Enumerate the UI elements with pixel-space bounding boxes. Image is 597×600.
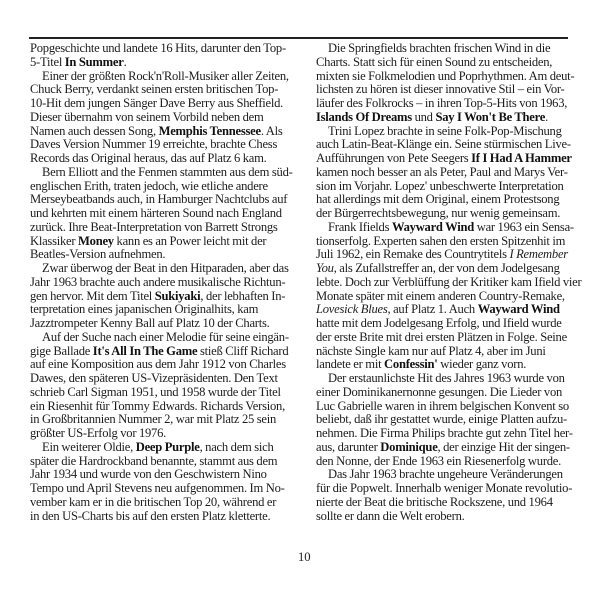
text-run: Tempo und April Stevens neu aufgenommen.… bbox=[30, 481, 285, 495]
text-run: in den US-Charts bis auf den ersten Plat… bbox=[30, 509, 270, 523]
text-line: ein Riesenhit für Tommy Edwards. Richard… bbox=[30, 400, 302, 414]
text-run: nehmen. Die Firma Philips brachte gut ze… bbox=[316, 426, 573, 440]
text-line: lichsten zu hören ist dieser innovative … bbox=[316, 83, 588, 97]
text-line: kamen noch besser an als Peter, Paul and… bbox=[316, 166, 588, 180]
text-run: Ein weiterer Oldie, bbox=[42, 440, 136, 454]
text-run: auf eine Komposition aus dem Jahr 1912 v… bbox=[30, 357, 286, 371]
text-run: aus, darunter bbox=[316, 440, 380, 454]
text-run: kamen noch besser an als Peter, Paul and… bbox=[316, 165, 568, 179]
text-run: kann es an Power leicht mit der bbox=[114, 234, 267, 248]
song-title: If I Had A Hammer bbox=[471, 151, 572, 165]
text-run: Juli 1962, ein Remake des Countrytitels bbox=[316, 247, 509, 261]
text-run: vember kam er in die britischen Top 20, … bbox=[30, 495, 276, 509]
text-line: tionserfolg. Experten sahen den ersten S… bbox=[316, 235, 588, 249]
text-run: läufer des Folkrocks – in ihren Top-5-Hi… bbox=[316, 96, 567, 110]
text-line: Merseybeatbands auch, in Hamburger Nacht… bbox=[30, 193, 302, 207]
italic-title: I Remember bbox=[509, 247, 568, 261]
text-run: zurück. Ihre Beat-Interpretation von Bar… bbox=[30, 220, 278, 234]
italic-title: Lovesick Blues bbox=[316, 302, 388, 316]
text-line: sollte er dann die Welt erobern. bbox=[316, 510, 588, 524]
text-line: schrieb Carl Sigman 1951, und 1958 wurde… bbox=[30, 386, 302, 400]
text-run: in Großbritannien Nummer 2, war mit Plat… bbox=[30, 412, 276, 426]
italic-title: You bbox=[316, 261, 334, 275]
text-line: gen hervor. Mit dem Titel Sukiyaki, der … bbox=[30, 290, 302, 304]
text-line: und kehrten mit einem härteren Sound nac… bbox=[30, 207, 302, 221]
text-line: Islands Of Dreams und Say I Won't Be The… bbox=[316, 111, 588, 125]
song-title: Sukiyaki bbox=[155, 289, 201, 303]
text-run: Frank Ifields bbox=[328, 220, 392, 234]
text-run: Records das Original heraus, das auf Pla… bbox=[30, 151, 267, 165]
text-run: wieder ganz vorn. bbox=[438, 357, 527, 371]
text-line: zurück. Ihre Beat-Interpretation von Bar… bbox=[30, 221, 302, 235]
text-line: Dieser übernahm von seinem Vorbild neben… bbox=[30, 111, 302, 125]
text-line: Dawes, den späteren US-Vizepräsidenten. … bbox=[30, 372, 302, 386]
text-run: sion im Vorjahr. Lopez' unbeschwerte Int… bbox=[316, 179, 564, 193]
text-line: auch Latin-Beat-Klänge ein. Seine stürmi… bbox=[316, 138, 588, 152]
song-title: Islands Of Dreams bbox=[316, 110, 412, 124]
text-run: , als Zufallstreffer an, der von dem Jod… bbox=[334, 261, 560, 275]
text-run: Klassiker bbox=[30, 234, 78, 248]
text-line: in Großbritannien Nummer 2, war mit Plat… bbox=[30, 413, 302, 427]
text-run: ein Riesenhit für Tommy Edwards. Richard… bbox=[30, 399, 285, 413]
text-run: mixten sie Folkmelodien und Poprhythmen.… bbox=[316, 69, 574, 83]
text-run: Aufführungen von Pete Seegers bbox=[316, 151, 471, 165]
text-line: Monate später mit einem anderen Country-… bbox=[316, 290, 588, 304]
right-text-column: Die Springfields brachten frischen Wind … bbox=[316, 42, 588, 523]
text-line: Die Springfields brachten frischen Wind … bbox=[316, 42, 588, 56]
text-line: beliebt, daß ihr gestattet wurde, einige… bbox=[316, 413, 588, 427]
text-line: Der erstaunlichste Hit des Jahres 1963 w… bbox=[316, 372, 588, 386]
text-line: Daves Version Nummer 19 erreichte, brach… bbox=[30, 138, 302, 152]
text-line: nierte der Beat die britische Rockszene,… bbox=[316, 496, 588, 510]
text-run: , der einzige Hit der singen- bbox=[438, 440, 570, 454]
text-run: Einer der größten Rock'n'Roll-Musiker al… bbox=[42, 69, 289, 83]
text-line: den Nonne, der Ende 1963 ein Riesenerfol… bbox=[316, 455, 588, 469]
text-run: gige Ballade bbox=[30, 344, 93, 358]
text-line: Popgeschichte und landete 16 Hits, darun… bbox=[30, 42, 302, 56]
text-line: Auf der Suche nach einer Melodie für sei… bbox=[30, 331, 302, 345]
text-run: schrieb Carl Sigman 1951, und 1958 wurde… bbox=[30, 385, 281, 399]
text-line: in den US-Charts bis auf den ersten Plat… bbox=[30, 510, 302, 524]
text-run: einer Dominikanernonne gesungen. Die Lie… bbox=[316, 385, 562, 399]
text-run: Beatles-Version aufnehmen. bbox=[30, 247, 165, 261]
song-title: Say I Won't Be There bbox=[435, 110, 545, 124]
song-title: Money bbox=[78, 234, 114, 248]
text-run: Dawes, den späteren US-Vizepräsidenten. … bbox=[30, 371, 278, 385]
text-run: , nach dem sich bbox=[200, 440, 274, 454]
text-run: Zwar überwog der Beat in den Hitparaden,… bbox=[42, 261, 289, 275]
text-run: sollte er dann die Welt erobern. bbox=[316, 509, 465, 523]
song-title: Dominique bbox=[380, 440, 437, 454]
text-line: 5-Titel In Summer. bbox=[30, 56, 302, 70]
text-line: Charts. Statt sich für einen Sound zu en… bbox=[316, 56, 588, 70]
text-run: hat allerdings mit dem Original, einem P… bbox=[316, 192, 559, 206]
text-run: nierte der Beat die britische Rockszene,… bbox=[316, 495, 553, 509]
song-title: Memphis Tennessee bbox=[159, 124, 261, 138]
header-rule bbox=[29, 37, 568, 39]
text-run: , auf Platz 1. Auch bbox=[388, 302, 478, 316]
text-run: Popgeschichte und landete 16 Hits, darun… bbox=[30, 41, 286, 55]
text-run: später die Hardrockband benannte, stammt… bbox=[30, 454, 277, 468]
text-line: auf eine Komposition aus dem Jahr 1912 v… bbox=[30, 358, 302, 372]
text-run: größter US-Erfolg vor 1976. bbox=[30, 426, 166, 440]
text-run: den Nonne, der Ende 1963 ein Riesenerfol… bbox=[316, 454, 561, 468]
text-run: Charts. Statt sich für einen Sound zu en… bbox=[316, 55, 552, 69]
text-run: Jahr 1963 brachte auch andere musikalisc… bbox=[30, 275, 285, 289]
text-run: Bern Elliott and the Fenmen stammten aus… bbox=[42, 165, 293, 179]
text-line: gige Ballade It's All In The Game stieß … bbox=[30, 345, 302, 359]
text-line: Trini Lopez brachte in seine Folk-Pop-Mi… bbox=[316, 125, 588, 139]
text-line: einer Dominikanernonne gesungen. Die Lie… bbox=[316, 386, 588, 400]
text-run: der Bürgerrechtsbewegung, nur wenig geme… bbox=[316, 206, 560, 220]
text-run: Monate später mit einem anderen Country-… bbox=[316, 289, 565, 303]
text-run: Die Springfields brachten frischen Wind … bbox=[328, 41, 550, 55]
text-line: Ein weiterer Oldie, Deep Purple, nach de… bbox=[30, 441, 302, 455]
text-run: lichsten zu hören ist dieser innovative … bbox=[316, 82, 565, 96]
text-run: Jazztrompeter Kenny Ball auf Platz 10 de… bbox=[30, 316, 270, 330]
text-line: Beatles-Version aufnehmen. bbox=[30, 248, 302, 262]
text-line: der Bürgerrechtsbewegung, nur wenig geme… bbox=[316, 207, 588, 221]
text-run: Luc Gabrielle waren in ihrem belgischen … bbox=[316, 399, 569, 413]
text-line: 10-Hit dem jungen Sänger Dave Berry aus … bbox=[30, 97, 302, 111]
text-line: Chuck Berry, verdankt seinen ersten brit… bbox=[30, 83, 302, 97]
text-run: Namen auch dessen Song, bbox=[30, 124, 159, 138]
text-line: Klassiker Money kann es an Power leicht … bbox=[30, 235, 302, 249]
text-run: terpretation eines japanischen Originalh… bbox=[30, 302, 258, 316]
text-line: Records das Original heraus, das auf Pla… bbox=[30, 152, 302, 166]
text-line: sion im Vorjahr. Lopez' unbeschwerte Int… bbox=[316, 180, 588, 194]
text-run: landete er mit bbox=[316, 357, 384, 371]
text-run: Das Jahr 1963 brachte ungeheure Veränder… bbox=[328, 467, 563, 481]
text-run: Auf der Suche nach einer Melodie für sei… bbox=[42, 330, 289, 344]
text-line: Luc Gabrielle waren in ihrem belgischen … bbox=[316, 400, 588, 414]
text-run: tionserfolg. Experten sahen den ersten S… bbox=[316, 234, 565, 248]
text-line: Zwar überwog der Beat in den Hitparaden,… bbox=[30, 262, 302, 276]
text-run: nächste Single kam nur auf Platz 4, aber… bbox=[316, 344, 546, 358]
text-line: Das Jahr 1963 brachte ungeheure Veränder… bbox=[316, 468, 588, 482]
text-run: und bbox=[412, 110, 436, 124]
text-line: You, als Zufallstreffer an, der von dem … bbox=[316, 262, 588, 276]
text-line: lebte. Doch zur Verblüffung der Kritiker… bbox=[316, 276, 588, 290]
text-run: . bbox=[124, 55, 127, 69]
text-line: Bern Elliott and the Fenmen stammten aus… bbox=[30, 166, 302, 180]
text-line: Juli 1962, ein Remake des Countrytitels … bbox=[316, 248, 588, 262]
text-line: englischen Erith, traten jedoch, wie etl… bbox=[30, 180, 302, 194]
text-run: Daves Version Nummer 19 erreichte, brach… bbox=[30, 137, 277, 151]
text-line: Einer der größten Rock'n'Roll-Musiker al… bbox=[30, 70, 302, 84]
text-run: , der lebhaften In- bbox=[200, 289, 285, 303]
text-line: für die Popwelt. Innerhalb weniger Monat… bbox=[316, 482, 588, 496]
text-run: Jahr 1934 und wurde von den Geschwistern… bbox=[30, 467, 267, 481]
text-run: Trini Lopez brachte in seine Folk-Pop-Mi… bbox=[328, 124, 562, 138]
left-text-column: Popgeschichte und landete 16 Hits, darun… bbox=[30, 42, 302, 523]
text-run: Merseybeatbands auch, in Hamburger Nacht… bbox=[30, 192, 287, 206]
text-line: mixten sie Folkmelodien und Poprhythmen.… bbox=[316, 70, 588, 84]
text-run: gen hervor. Mit dem Titel bbox=[30, 289, 155, 303]
text-line: hat allerdings mit dem Original, einem P… bbox=[316, 193, 588, 207]
text-run: und kehrten mit einem härteren Sound nac… bbox=[30, 206, 282, 220]
text-run: lebte. Doch zur Verblüffung der Kritiker… bbox=[316, 275, 581, 289]
text-line: Jahr 1934 und wurde von den Geschwistern… bbox=[30, 468, 302, 482]
text-run: hatte mit dem Jodelgesang Erfolg, und If… bbox=[316, 316, 562, 330]
song-title: Wayward Wind bbox=[392, 220, 474, 234]
text-run: beliebt, daß ihr gestattet wurde, einige… bbox=[316, 412, 567, 426]
text-line: hatte mit dem Jodelgesang Erfolg, und If… bbox=[316, 317, 588, 331]
text-line: größter US-Erfolg vor 1976. bbox=[30, 427, 302, 441]
text-run: englischen Erith, traten jedoch, wie etl… bbox=[30, 179, 268, 193]
text-run: Der erstaunlichste Hit des Jahres 1963 w… bbox=[328, 371, 565, 385]
text-line: terpretation eines japanischen Originalh… bbox=[30, 303, 302, 317]
text-line: landete er mit Confessin' wieder ganz vo… bbox=[316, 358, 588, 372]
text-line: vember kam er in die britischen Top 20, … bbox=[30, 496, 302, 510]
text-run: war 1963 ein Sensa- bbox=[474, 220, 574, 234]
text-line: Jazztrompeter Kenny Ball auf Platz 10 de… bbox=[30, 317, 302, 331]
text-line: Namen auch dessen Song, Memphis Tennesse… bbox=[30, 125, 302, 139]
text-run: Dieser übernahm von seinem Vorbild neben… bbox=[30, 110, 264, 124]
song-title: Deep Purple bbox=[136, 440, 200, 454]
page-number: 10 bbox=[298, 550, 311, 565]
text-line: Jahr 1963 brachte auch andere musikalisc… bbox=[30, 276, 302, 290]
text-run: der erste Brite mit drei ersten Plätzen … bbox=[316, 330, 567, 344]
text-run: Chuck Berry, verdankt seinen ersten brit… bbox=[30, 82, 278, 96]
text-run: . Als bbox=[261, 124, 283, 138]
text-run: . bbox=[545, 110, 548, 124]
text-line: aus, darunter Dominique, der einzige Hit… bbox=[316, 441, 588, 455]
text-line: Aufführungen von Pete Seegers If I Had A… bbox=[316, 152, 588, 166]
text-line: Frank Ifields Wayward Wind war 1963 ein … bbox=[316, 221, 588, 235]
text-run: stieß Cliff Richard bbox=[197, 344, 288, 358]
text-line: läufer des Folkrocks – in ihren Top-5-Hi… bbox=[316, 97, 588, 111]
text-run: 5-Titel bbox=[30, 55, 65, 69]
song-title: Confessin' bbox=[384, 357, 437, 371]
text-line: später die Hardrockband benannte, stammt… bbox=[30, 455, 302, 469]
song-title: It's All In The Game bbox=[93, 344, 198, 358]
text-line: der erste Brite mit drei ersten Plätzen … bbox=[316, 331, 588, 345]
text-line: Lovesick Blues, auf Platz 1. Auch Waywar… bbox=[316, 303, 588, 317]
text-run: auch Latin-Beat-Klänge ein. Seine stürmi… bbox=[316, 137, 571, 151]
text-line: nächste Single kam nur auf Platz 4, aber… bbox=[316, 345, 588, 359]
song-title: Wayward Wind bbox=[478, 302, 560, 316]
song-title: In Summer bbox=[65, 55, 124, 69]
text-line: nehmen. Die Firma Philips brachte gut ze… bbox=[316, 427, 588, 441]
text-line: Tempo und April Stevens neu aufgenommen.… bbox=[30, 482, 302, 496]
text-run: für die Popwelt. Innerhalb weniger Monat… bbox=[316, 481, 572, 495]
text-run: 10-Hit dem jungen Sänger Dave Berry aus … bbox=[30, 96, 283, 110]
